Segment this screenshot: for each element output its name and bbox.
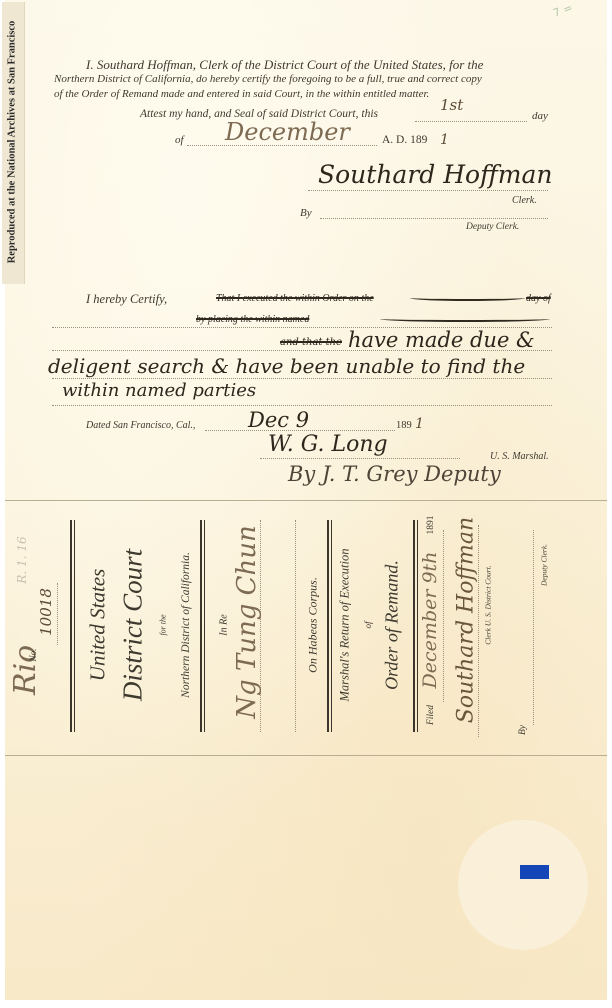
for-the: for the — [159, 614, 168, 635]
day-value: 1st — [440, 96, 463, 114]
filed-signature: Southard Hoffman — [454, 517, 479, 723]
return-rule-3 — [52, 378, 552, 379]
in-re-label: In Re — [219, 614, 230, 635]
by-label: By — [300, 207, 312, 219]
certificate-line-1: I. Southard Hoffman, Clerk of the Distri… — [86, 57, 483, 73]
docket-deputy-label: Deputy Clerk. — [540, 544, 549, 586]
struck-hand: and that the — [280, 337, 342, 348]
return-hand-line-1: have made due & — [348, 328, 535, 352]
certificate-line-1-text: I. Southard Hoffman, Clerk of the Distri… — [86, 57, 483, 72]
double-rule-left-b — [74, 520, 75, 732]
double-rule-mid-b — [204, 520, 205, 732]
strike-wave-2 — [380, 316, 550, 322]
title-line-1: Marshal's Return of Execution — [338, 549, 353, 702]
double-rule-left-a — [70, 520, 72, 732]
faint-pencil-note: R. 1. 16 — [15, 536, 29, 583]
day-field-line — [415, 121, 527, 122]
docket-by-label: By — [518, 725, 528, 735]
return-hand-line-2: deligent search & have been unable to fi… — [48, 354, 525, 378]
double-rule-right-a — [327, 520, 329, 732]
certify-prefix: I hereby Certify, — [86, 292, 167, 307]
return-hand-line-3: within named parties — [62, 380, 256, 401]
title-line-2: Order of Remand. — [382, 560, 403, 690]
of-label: of — [175, 134, 184, 146]
clerk-signature-line — [308, 190, 548, 191]
no-label: No. — [28, 649, 38, 662]
dated-value: Dec 9 — [248, 408, 309, 432]
archive-stamp: Reproduced at the National Archives at S… — [7, 21, 18, 264]
marshal-signature: W. G. Long — [268, 432, 388, 457]
by-field-line — [320, 218, 548, 219]
district-name: Northern District of California. — [180, 552, 192, 698]
clerk-signature: Southard Hoffman — [318, 160, 553, 189]
struck-printed-line-2: by placing the within named — [196, 314, 309, 325]
day-suffix: day — [532, 110, 548, 122]
proceeding: On Habeas Corpus. — [306, 577, 321, 673]
case-number: 10018 — [37, 588, 55, 636]
deputy-clerk-label: Deputy Clerk. — [466, 222, 519, 232]
double-rule-far-a — [413, 520, 415, 732]
filed-date: December 9th — [419, 552, 441, 689]
filed-year: 1891 — [426, 516, 436, 535]
case-number-line — [57, 583, 58, 645]
double-rule-mid-a — [200, 520, 202, 732]
party-name-line-2 — [295, 520, 296, 732]
struck-printed-line-1-end: day of — [526, 293, 551, 304]
double-rule-right-b — [331, 520, 332, 732]
faint-seal-impression — [458, 820, 588, 950]
certificate-line-2: Northern District of California, do here… — [54, 73, 482, 85]
filed-date-line — [443, 530, 444, 702]
docket-deputy-line — [533, 530, 534, 725]
year-prefix: A. D. 189 — [382, 134, 427, 146]
dated-year-prefix: 189 — [396, 420, 412, 431]
deputy-signature: By J. T. Grey Deputy — [288, 462, 501, 486]
year-digit: 1 — [440, 132, 449, 148]
struck-printed-line-1: That I executed the within Order on the — [216, 293, 374, 304]
court-line-2: District Court — [118, 549, 149, 701]
fold-line-bottom — [5, 755, 607, 756]
certificate-line-3: of the Order of Remand made and entered … — [54, 88, 429, 100]
party-name: Ng Tung Chun — [232, 525, 262, 719]
clerk-label: Clerk. — [512, 195, 537, 206]
fold-line-top — [5, 500, 607, 501]
marshal-label: U. S. Marshal. — [490, 451, 549, 462]
filed-label: Filed — [426, 705, 436, 725]
dated-label: Dated San Francisco, Cal., — [86, 420, 195, 431]
court-line-1: United States — [86, 569, 111, 682]
clerk-court-label: Clerk U. S. District Court. — [484, 565, 493, 644]
title-of: of — [363, 621, 373, 628]
return-rule-4 — [52, 405, 552, 406]
blue-marker-tab — [520, 865, 549, 879]
marshal-signature-line — [260, 458, 460, 459]
double-rule-far-b — [417, 520, 418, 732]
month-value: December — [225, 118, 350, 146]
dated-year-digit: 1 — [415, 416, 424, 432]
strike-wave-1 — [410, 295, 525, 301]
